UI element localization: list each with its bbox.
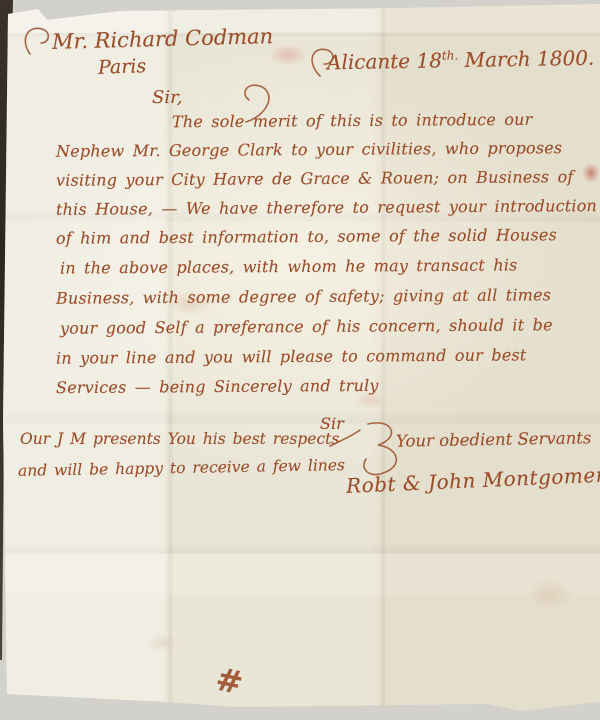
postscript-line: Our J M presents You his best respects <box>20 430 339 448</box>
dateline-month-year: March 1800. <box>458 46 594 72</box>
letter-sheet: Mr. Richard Codman Paris Alicante 18th. … <box>0 0 600 720</box>
dateline-place-day: Alicante 18 <box>327 48 442 74</box>
body-line: in the above places, with whom he may tr… <box>60 255 518 277</box>
dateline: Alicante 18th. March 1800. <box>327 46 595 75</box>
body-line: visiting your City Havre de Grace & Roue… <box>56 167 574 190</box>
recipient-city: Paris <box>98 55 147 79</box>
dateline-ordinal: th. <box>442 48 459 62</box>
body-line: this House, — We have therefore to reque… <box>56 196 597 219</box>
closing-salutation: Sir <box>320 414 344 433</box>
body-line: Nephew Mr. George Clark to your civiliti… <box>56 138 562 161</box>
body-line: Services — being Sincerely and truly <box>56 376 379 397</box>
body-line: in your line and you will please to comm… <box>56 345 527 367</box>
body-line: your good Self a preferance of his conce… <box>60 315 553 337</box>
closing-phrase: Your obedient Servants <box>396 428 592 450</box>
body-line: Business, with some degree of safety; gi… <box>56 285 551 307</box>
body-line: of him and best information to, some of … <box>56 225 557 247</box>
letter-photograph: Mr. Richard Codman Paris Alicante 18th. … <box>0 0 600 720</box>
body-line: The sole merit of this is to introduce o… <box>172 110 533 132</box>
salutation: Sir, <box>152 87 182 108</box>
